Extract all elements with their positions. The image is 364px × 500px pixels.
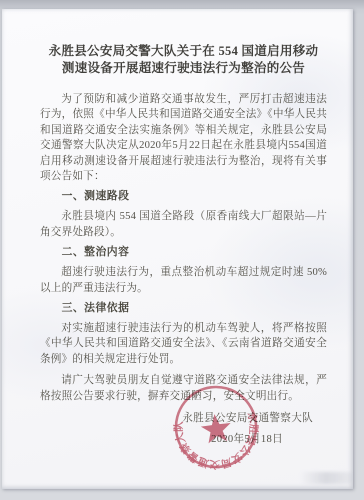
section-1-body: 永胜县境内 554 国道全路段（原香南线大厂超限站—片角交界处路段）。 [40,209,327,240]
intro-paragraph: 为了预防和减少道路交通事故发生，严厉打击超速违法行为，依照《中华人民共和国道路交… [40,92,327,184]
faint-watermark-smudge [300,472,352,484]
section-2-body: 超速行驶违法行为，重点整治机动车超过规定时速 50%以上的严重违法行为。 [40,265,327,296]
section-3-heading: 三、法律依据 [40,301,327,316]
notice-paper: 永胜县公安局交警大队关于在 554 国道启用移动测速设备开展超速行驶违法行为整治… [2,9,353,489]
section-3-body: 对实施超速行驶违法行为的机动车驾驶人，将严格按照《中华人民共和国道路交通安全法》… [40,321,327,367]
scan-top-edge [0,0,364,9]
notice-title: 永胜县公安局交警大队关于在 554 国道启用移动测速设备开展超速行驶违法行为整治… [46,43,322,77]
section-1-heading: 一、测速路段 [40,189,327,204]
date-line: 2020年5月18日 [40,432,283,447]
scanned-notice-page: 永胜县公安局交警大队关于在 554 国道启用移动测速设备开展超速行驶违法行为整治… [0,0,364,500]
section-2-heading: 二、整治内容 [40,245,327,260]
closing-paragraph: 请广大驾驶员朋友自觉遵守道路交通安全法律法规，严格按照公告要求行驶，摒弃交通陋习… [40,373,327,404]
signature-line: 永胜县公安局交通警察大队 [40,411,313,426]
